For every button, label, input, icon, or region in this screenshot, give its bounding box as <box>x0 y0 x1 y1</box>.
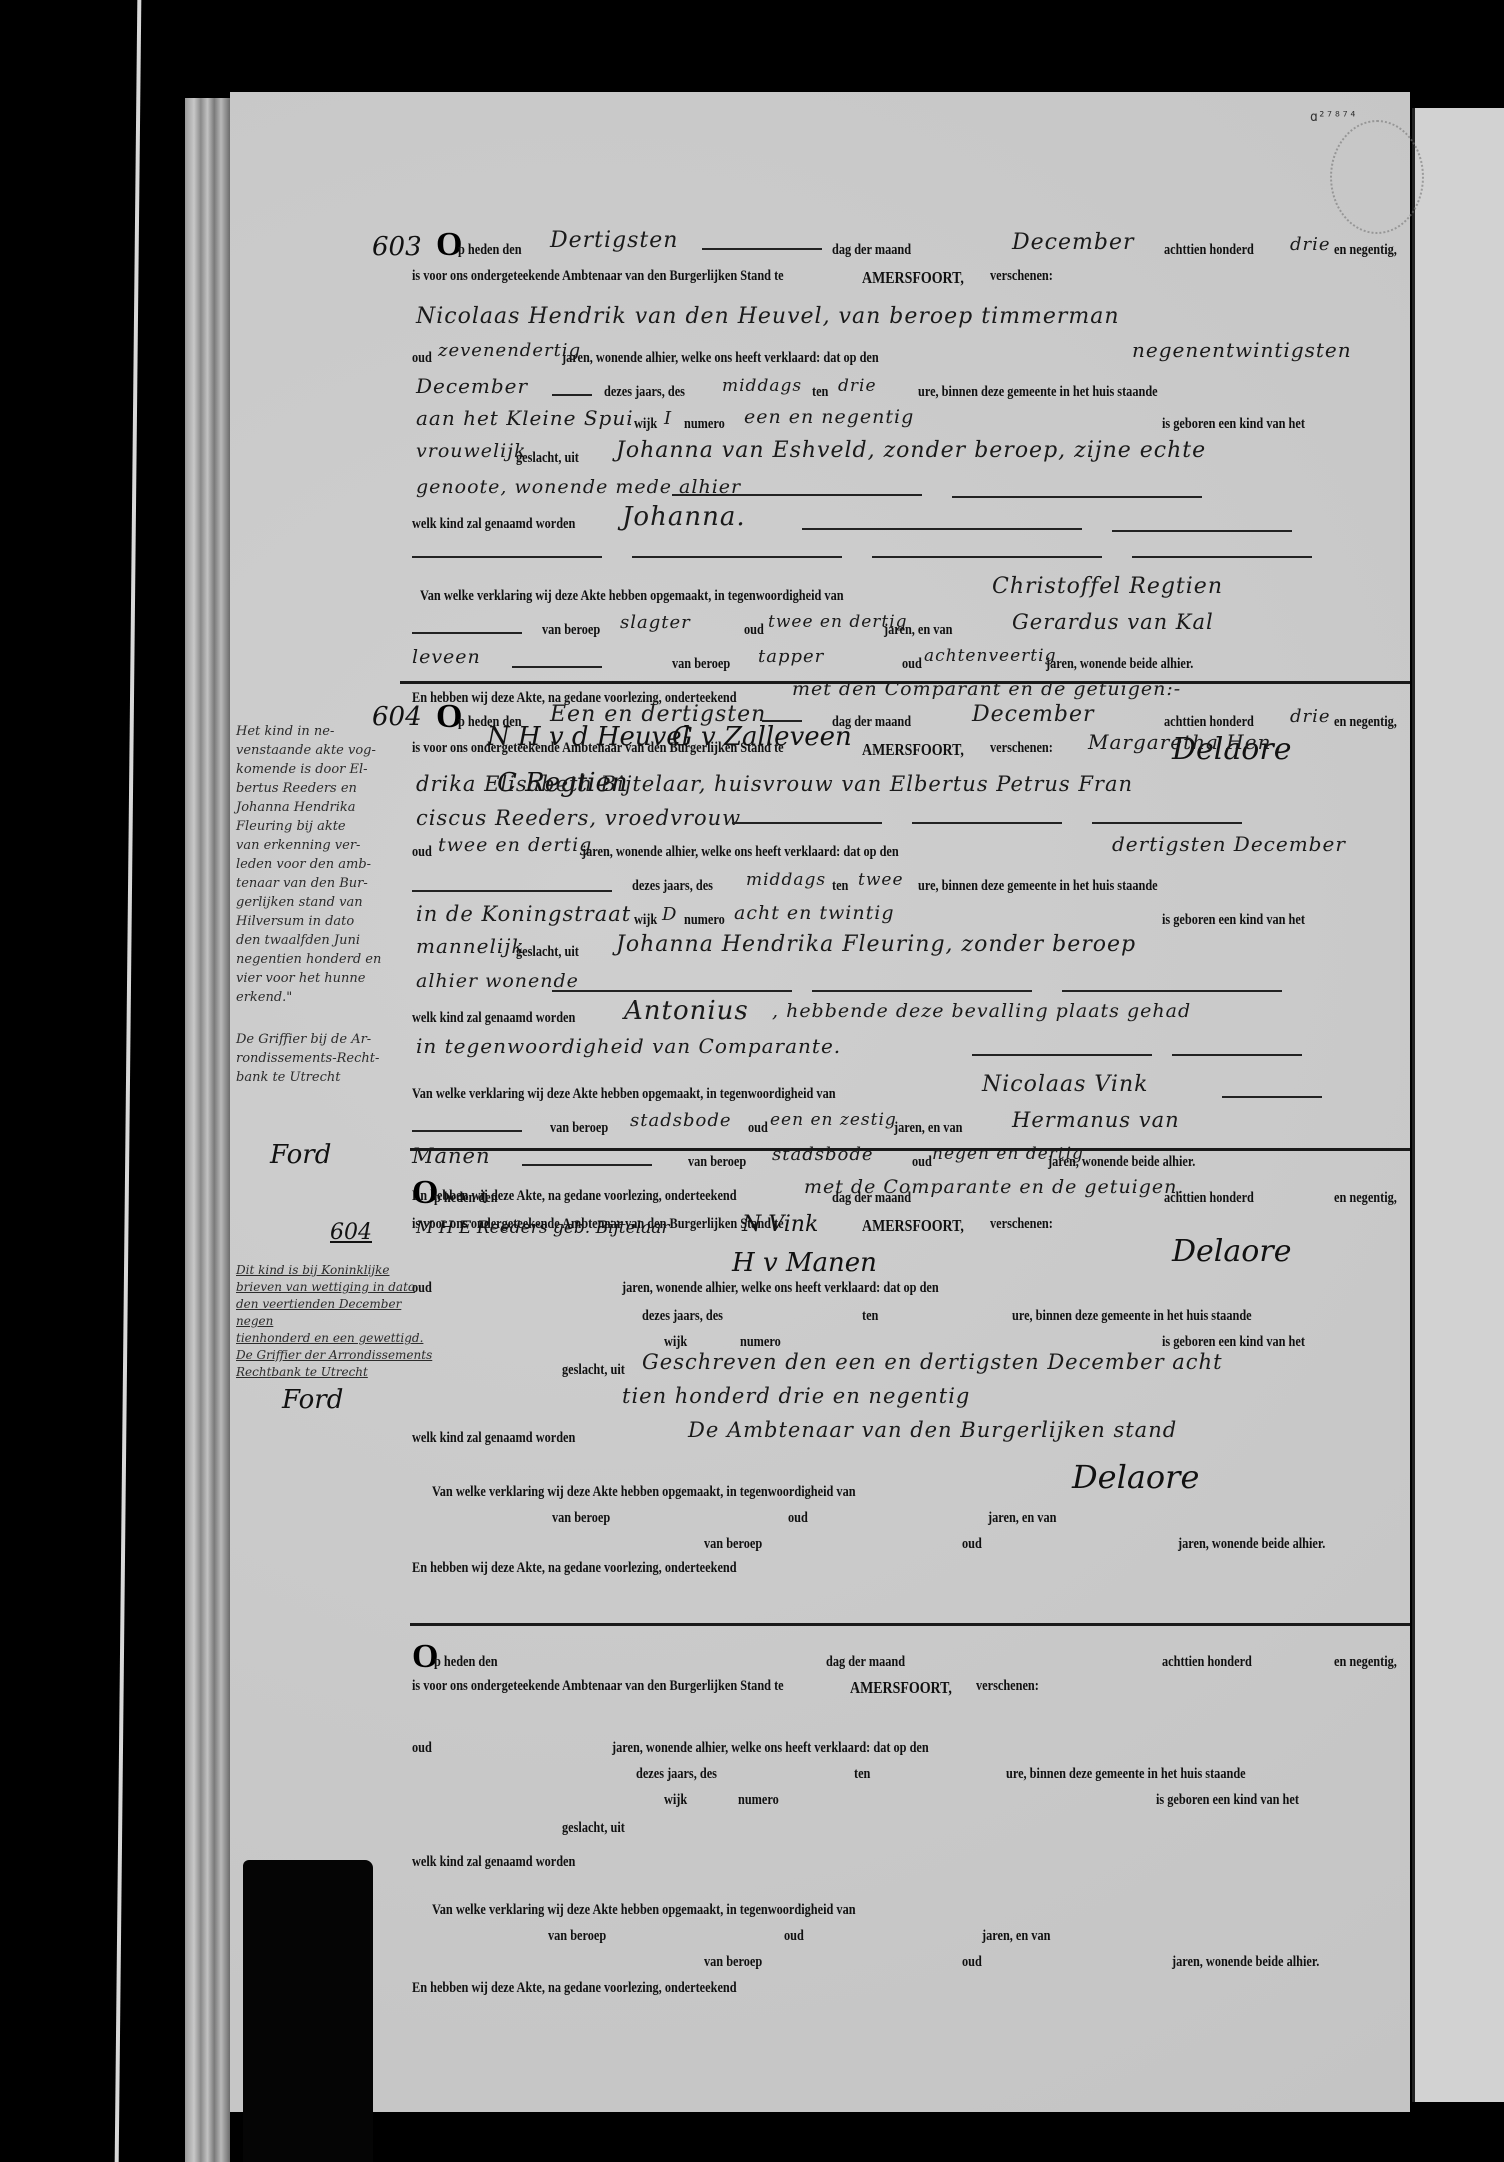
form-text: numero <box>740 1334 781 1351</box>
blank-line <box>702 248 822 250</box>
handwritten-age: twee en dertig <box>438 834 592 856</box>
form-text: numero <box>738 1792 779 1809</box>
handwritten-age: zevenendertig <box>438 340 581 361</box>
handwritten-address: in de Koningstraat <box>416 902 631 926</box>
handwritten-witness1-age: een en zestig <box>770 1110 897 1130</box>
form-text: oud <box>744 622 764 639</box>
handwritten-child-name: Antonius <box>624 996 749 1026</box>
form-text: dezes jaars, des <box>632 878 713 895</box>
form-text: Van welke verklaring wij deze Akte hebbe… <box>412 1086 836 1103</box>
form-text: oud <box>412 844 432 861</box>
blank-line <box>552 394 592 396</box>
blank-line <box>1132 556 1312 558</box>
handwritten-witness2-occupation: tapper <box>758 646 824 667</box>
form-text: welk kind zal genaamd worden <box>412 1854 575 1871</box>
handwritten-witness1: Nicolaas Vink <box>982 1072 1148 1097</box>
form-text: is voor ons ondergeteekende Ambtenaar va… <box>412 740 784 757</box>
form-text: is geboren een kind van het <box>1162 1334 1305 1351</box>
handwritten-year: drie <box>1290 706 1331 727</box>
form-text: van beroep <box>704 1954 762 1971</box>
handwritten-witness1-occupation: stadsbode <box>630 1110 732 1131</box>
blank-line <box>732 822 882 824</box>
form-text: wijk <box>664 1334 687 1351</box>
form-text: geslacht, uit <box>562 1362 625 1379</box>
handwritten-mother: Johanna van Eshveld, zonder beroep, zijn… <box>616 438 1206 463</box>
form-text: oud <box>412 1280 432 1297</box>
form-text: oud <box>962 1536 982 1553</box>
form-text: achttien honderd <box>1164 714 1254 731</box>
form-text: van beroep <box>550 1120 608 1137</box>
form-text: jaren, wonende alhier, welke ons heeft v… <box>622 1280 939 1297</box>
form-text: dezes jaars, des <box>642 1308 723 1325</box>
form-text: oud <box>412 350 432 367</box>
form-text: ten <box>854 1766 870 1783</box>
blank-line <box>1112 530 1292 532</box>
municipality: AMERSFOORT, <box>862 740 964 760</box>
form-text: welk kind zal genaamd worden <box>412 1010 575 1027</box>
blank-line <box>412 556 602 558</box>
handwritten-witness1: Christoffel Regtien <box>992 574 1223 599</box>
blank-line <box>412 632 522 634</box>
entry-divider <box>410 1623 1410 1626</box>
form-text: is geboren een kind van het <box>1162 912 1305 929</box>
form-text: ure, binnen deze gemeente in het huis st… <box>918 384 1158 401</box>
form-text: ten <box>832 878 848 895</box>
blank-line <box>552 990 792 992</box>
handwritten-hour: drie <box>838 376 877 396</box>
form-text: van beroep <box>704 1536 762 1553</box>
handwritten-child-name: Johanna. <box>622 502 746 532</box>
blank-line <box>1222 1096 1322 1098</box>
form-text: jaren, wonende beide alhier. <box>1048 1154 1195 1171</box>
form-text: van beroep <box>542 622 600 639</box>
signature-witness2: H v Manen <box>732 1248 877 1278</box>
margin-signature-2: Ford <box>282 1385 343 1415</box>
form-text: en negentig, <box>1334 714 1397 731</box>
form-text: wijk <box>664 1792 687 1809</box>
handwritten-child-note: , hebbende deze bevalling plaats gehad <box>772 1000 1191 1022</box>
form-text: wijk <box>634 912 657 929</box>
form-text: is voor ons ondergeteekende Ambtenaar va… <box>412 1216 784 1233</box>
handwritten-time: middags <box>722 376 802 396</box>
municipality: AMERSFOORT, <box>862 268 964 288</box>
form-text: jaren, en van <box>894 1120 962 1137</box>
form-text: en negentig, <box>1334 242 1397 259</box>
margin-signature: Ford <box>270 1140 331 1170</box>
handwritten-wijk: I <box>664 408 672 429</box>
form-text: achttien honderd <box>1164 1190 1254 1207</box>
handwritten-year: drie <box>1290 234 1331 255</box>
margin-note-recognition: Het kind in ne- venstaande akte vog- kom… <box>236 722 436 1007</box>
form-text: oud <box>412 1740 432 1757</box>
municipality: AMERSFOORT, <box>862 1216 964 1236</box>
form-text: p heden den <box>458 242 522 259</box>
blank-line <box>1172 1054 1302 1056</box>
handwritten-day: Dertigsten <box>550 228 678 253</box>
form-text: jaren, en van <box>988 1510 1056 1527</box>
blank-line <box>762 720 802 722</box>
form-text: van beroep <box>688 1154 746 1171</box>
blank-line <box>412 890 612 892</box>
form-text: p heden den <box>458 714 522 731</box>
form-text: dezes jaars, des <box>604 384 685 401</box>
form-text: welk kind zal genaamd worden <box>412 1430 575 1447</box>
form-text: jaren, wonende beide alhier. <box>1046 656 1193 673</box>
form-text: jaren, en van <box>884 622 952 639</box>
form-text: numero <box>684 416 725 433</box>
form-text: jaren, wonende beide alhier. <box>1178 1536 1325 1553</box>
form-text: En hebben wij deze Akte, na gedane voorl… <box>412 1560 737 1577</box>
form-text: p heden den <box>434 1190 498 1207</box>
form-text: p heden den <box>434 1654 498 1671</box>
handwritten-day: Een en dertigsten <box>550 702 766 727</box>
handwritten-hour: twee <box>858 870 904 890</box>
form-text: oud <box>784 1928 804 1945</box>
stamp-number: ɑ²⁷⁸⁷⁴ <box>1310 110 1357 125</box>
form-text: jaren, wonende beide alhier. <box>1172 1954 1319 1971</box>
blank-line <box>512 666 602 668</box>
handwritten-sex: vrouwelijk <box>416 440 527 462</box>
blank-line <box>912 822 1062 824</box>
form-text: is voor ons ondergeteekende Ambtenaar va… <box>412 1678 784 1695</box>
form-text: dag der maand <box>826 1654 905 1671</box>
blank-line <box>952 496 1202 498</box>
blank-line <box>522 1164 652 1166</box>
handwritten-witness2-cont: leveen <box>412 646 481 668</box>
form-text: dag der maand <box>832 1190 911 1207</box>
book-spine <box>185 98 230 2162</box>
handwritten-declarant: Margaretha Hen <box>1088 730 1271 754</box>
blank-line <box>632 556 842 558</box>
margin-note-number: 604 <box>330 1220 372 1245</box>
blank-line <box>412 1130 522 1132</box>
form-text: verschenen: <box>990 1216 1053 1233</box>
next-page-edge <box>1412 108 1504 2102</box>
blank-line <box>972 1054 1152 1056</box>
form-text: oud <box>748 1120 768 1137</box>
handwritten-time: middags <box>746 870 826 890</box>
form-text: verschenen: <box>976 1678 1039 1695</box>
handwritten-witness1-occupation: slagter <box>620 612 691 633</box>
form-text: ten <box>812 384 828 401</box>
blank-line <box>872 556 1102 558</box>
form-text: en negentig, <box>1334 1654 1397 1671</box>
form-text: numero <box>684 912 725 929</box>
form-text: oud <box>912 1154 932 1171</box>
handwritten-wijk: D <box>662 904 677 925</box>
seal-stamp-icon <box>1330 120 1424 234</box>
entry-divider <box>400 681 1410 684</box>
handwritten-declarant-cont: drika Elisabeth Bijtelaar, huisvrouw van… <box>416 772 1133 796</box>
form-text: dezes jaars, des <box>636 1766 717 1783</box>
handwritten-annotation: Geschreven den een en dertigsten Decembe… <box>642 1350 1223 1374</box>
blank-line <box>672 494 922 496</box>
form-text: is geboren een kind van het <box>1162 416 1305 433</box>
form-text: van beroep <box>552 1510 610 1527</box>
municipality: AMERSFOORT, <box>850 1678 952 1698</box>
form-text: geslacht, uit <box>516 450 579 467</box>
handwritten-annotation-cont: tien honderd drie en negentig <box>622 1384 970 1408</box>
handwritten-house-number: acht en twintig <box>734 902 895 924</box>
form-text: geslacht, uit <box>516 944 579 961</box>
form-text: is voor ons ondergeteekende Ambtenaar va… <box>412 268 784 285</box>
handwritten-month: December <box>1012 230 1134 255</box>
form-text: verschenen: <box>990 740 1053 757</box>
handwritten-mother: Johanna Hendrika Fleuring, zonder beroep <box>616 932 1136 957</box>
blank-line <box>812 990 1032 992</box>
form-text: ure, binnen deze gemeente in het huis st… <box>1012 1308 1252 1325</box>
dark-tab-marker <box>243 1860 373 2162</box>
form-text: achttien honderd <box>1162 1654 1252 1671</box>
handwritten-witness2: Gerardus van Kal <box>1012 610 1214 634</box>
blank-line <box>802 528 1082 530</box>
form-text: oud <box>788 1510 808 1527</box>
signature-registrar: Delaore <box>1072 1458 1199 1496</box>
form-text: achttien honderd <box>1164 242 1254 259</box>
form-text: van beroep <box>548 1928 606 1945</box>
margin-note-legitimation: Dit kind is bij Koninklijke brieven van … <box>236 1262 436 1381</box>
form-text: jaren, wonende alhier, welke ons heeft v… <box>582 844 899 861</box>
form-text: dag der maand <box>832 714 911 731</box>
form-text: dag der maand <box>832 242 911 259</box>
handwritten-address: aan het Kleine Spui <box>416 406 634 430</box>
handwritten-declarant-cont2: ciscus Reeders, vroedvrouw <box>416 806 741 830</box>
form-text: jaren, en van <box>982 1928 1050 1945</box>
form-text: wijk <box>634 416 657 433</box>
form-text: en negentig, <box>1334 1190 1397 1207</box>
handwritten-declarant: Nicolaas Hendrik van den Heuvel, van ber… <box>416 304 1120 329</box>
signature-registrar: Delaore <box>1172 1234 1291 1269</box>
handwritten-birth-date: negenentwintigsten <box>1132 338 1352 362</box>
handwritten-birth-date: dertigsten December <box>1112 832 1346 856</box>
handwritten-mother-cont: alhier wonende <box>416 970 579 992</box>
handwritten-closing: De Ambtenaar van den Burgerlijken stand <box>688 1418 1177 1442</box>
form-text: oud <box>902 656 922 673</box>
entry-divider <box>410 1148 1410 1151</box>
form-text: welk kind zal genaamd worden <box>412 516 575 533</box>
form-text: geslacht, uit <box>562 1820 625 1837</box>
form-text: jaren, wonende alhier, welke ons heeft v… <box>562 350 879 367</box>
handwritten-sex: mannelijk <box>416 934 525 958</box>
form-text: Van welke verklaring wij deze Akte hebbe… <box>432 1484 856 1501</box>
form-text: Van welke verklaring wij deze Akte hebbe… <box>420 588 844 605</box>
scanner-edge-line <box>115 0 142 2162</box>
form-text: oud <box>962 1954 982 1971</box>
handwritten-child-note-cont: in tegenwoordigheid van Comparante. <box>416 1034 841 1058</box>
form-text: ure, binnen deze gemeente in het huis st… <box>918 878 1158 895</box>
form-text: Van welke verklaring wij deze Akte hebbe… <box>432 1902 856 1919</box>
form-text: ure, binnen deze gemeente in het huis st… <box>1006 1766 1246 1783</box>
handwritten-birth-month: December <box>416 374 528 398</box>
form-text: verschenen: <box>990 268 1053 285</box>
form-text: van beroep <box>672 656 730 673</box>
blank-line <box>1062 990 1282 992</box>
form-text: ten <box>862 1308 878 1325</box>
handwritten-witness2-age: achtenveertig <box>924 646 1056 666</box>
form-text: is geboren een kind van het <box>1156 1792 1299 1809</box>
entry-number: 603 <box>372 232 422 262</box>
margin-note-registrar: De Griffier bij de Ar- rondissements-Rec… <box>236 1030 436 1087</box>
blank-line <box>1092 822 1242 824</box>
form-text: jaren, wonende alhier, welke ons heeft v… <box>612 1740 929 1757</box>
handwritten-house-number: een en negentig <box>744 406 914 428</box>
handwritten-month: December <box>972 702 1094 727</box>
handwritten-witness2: Hermanus van <box>1012 1108 1180 1132</box>
form-text: En hebben wij deze Akte, na gedane voorl… <box>412 1980 737 1997</box>
